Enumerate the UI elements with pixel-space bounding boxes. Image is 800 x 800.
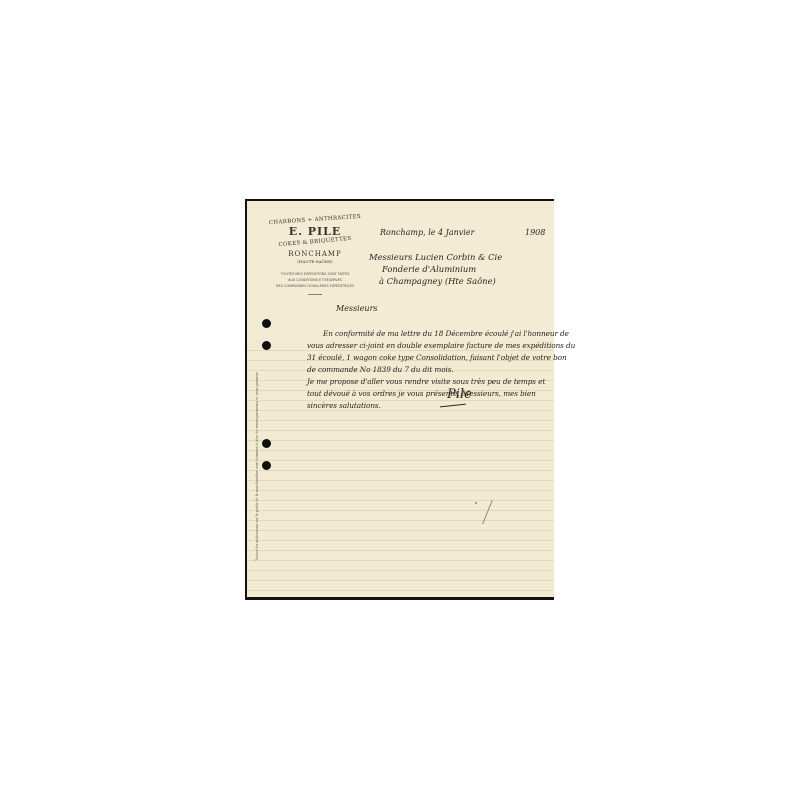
stray-pen-mark [482, 500, 493, 524]
margin-disclaimer: Toutes les indications sur le poids de l… [255, 321, 259, 561]
letter-year: 1908 [525, 228, 545, 237]
body-line: de commande No 1839 du 7 du dit mois. [307, 365, 454, 374]
letterhead-note-line: DES COMPAGNIES HOUILLÈRES EXPÉDITRICES [255, 283, 375, 289]
letterhead-region: (HAUTE-SAÔNE) [255, 259, 375, 264]
body-line: tout dévoué à vos ordres je vous présent… [307, 389, 536, 398]
punch-hole [262, 439, 271, 448]
letter-page: CHARBONS + ANTHRACITES E. PILE COKES & B… [245, 199, 554, 600]
body-line: vous adresser ci-joint en double exempla… [307, 341, 575, 350]
recipient-line: Fonderie d'Aluminium [382, 264, 476, 274]
salutation: Messieurs [336, 304, 378, 313]
recipient-line: à Champagney (Hte Saône) [379, 276, 496, 286]
signature: Pile [447, 387, 472, 402]
signature-underline [440, 404, 466, 408]
punch-hole [262, 341, 271, 350]
letterhead-terms-note: TOUTES MES EXPÉDITIONS SONT FAITES AUX C… [255, 271, 375, 289]
letterhead: CHARBONS + ANTHRACITES E. PILE COKES & B… [255, 215, 375, 295]
body-line: sincères salutations. [307, 401, 381, 410]
body-line: En conformité de ma lettre du 18 Décembr… [323, 329, 569, 338]
letter-date: Ronchamp, le 4 Janvier [380, 228, 474, 237]
recipient-line: Messieurs Lucien Corbin & Cie [369, 252, 502, 262]
ink-spot [475, 502, 477, 504]
punch-hole [262, 461, 271, 470]
body-line: Je me propose d'aller vous rendre visite… [307, 377, 545, 386]
letterhead-city: RONCHAMP [255, 250, 375, 258]
letterhead-divider [308, 294, 322, 295]
punch-hole [262, 319, 271, 328]
body-line: 31 écoulé, 1 wagon coke type Consolidati… [307, 353, 567, 362]
